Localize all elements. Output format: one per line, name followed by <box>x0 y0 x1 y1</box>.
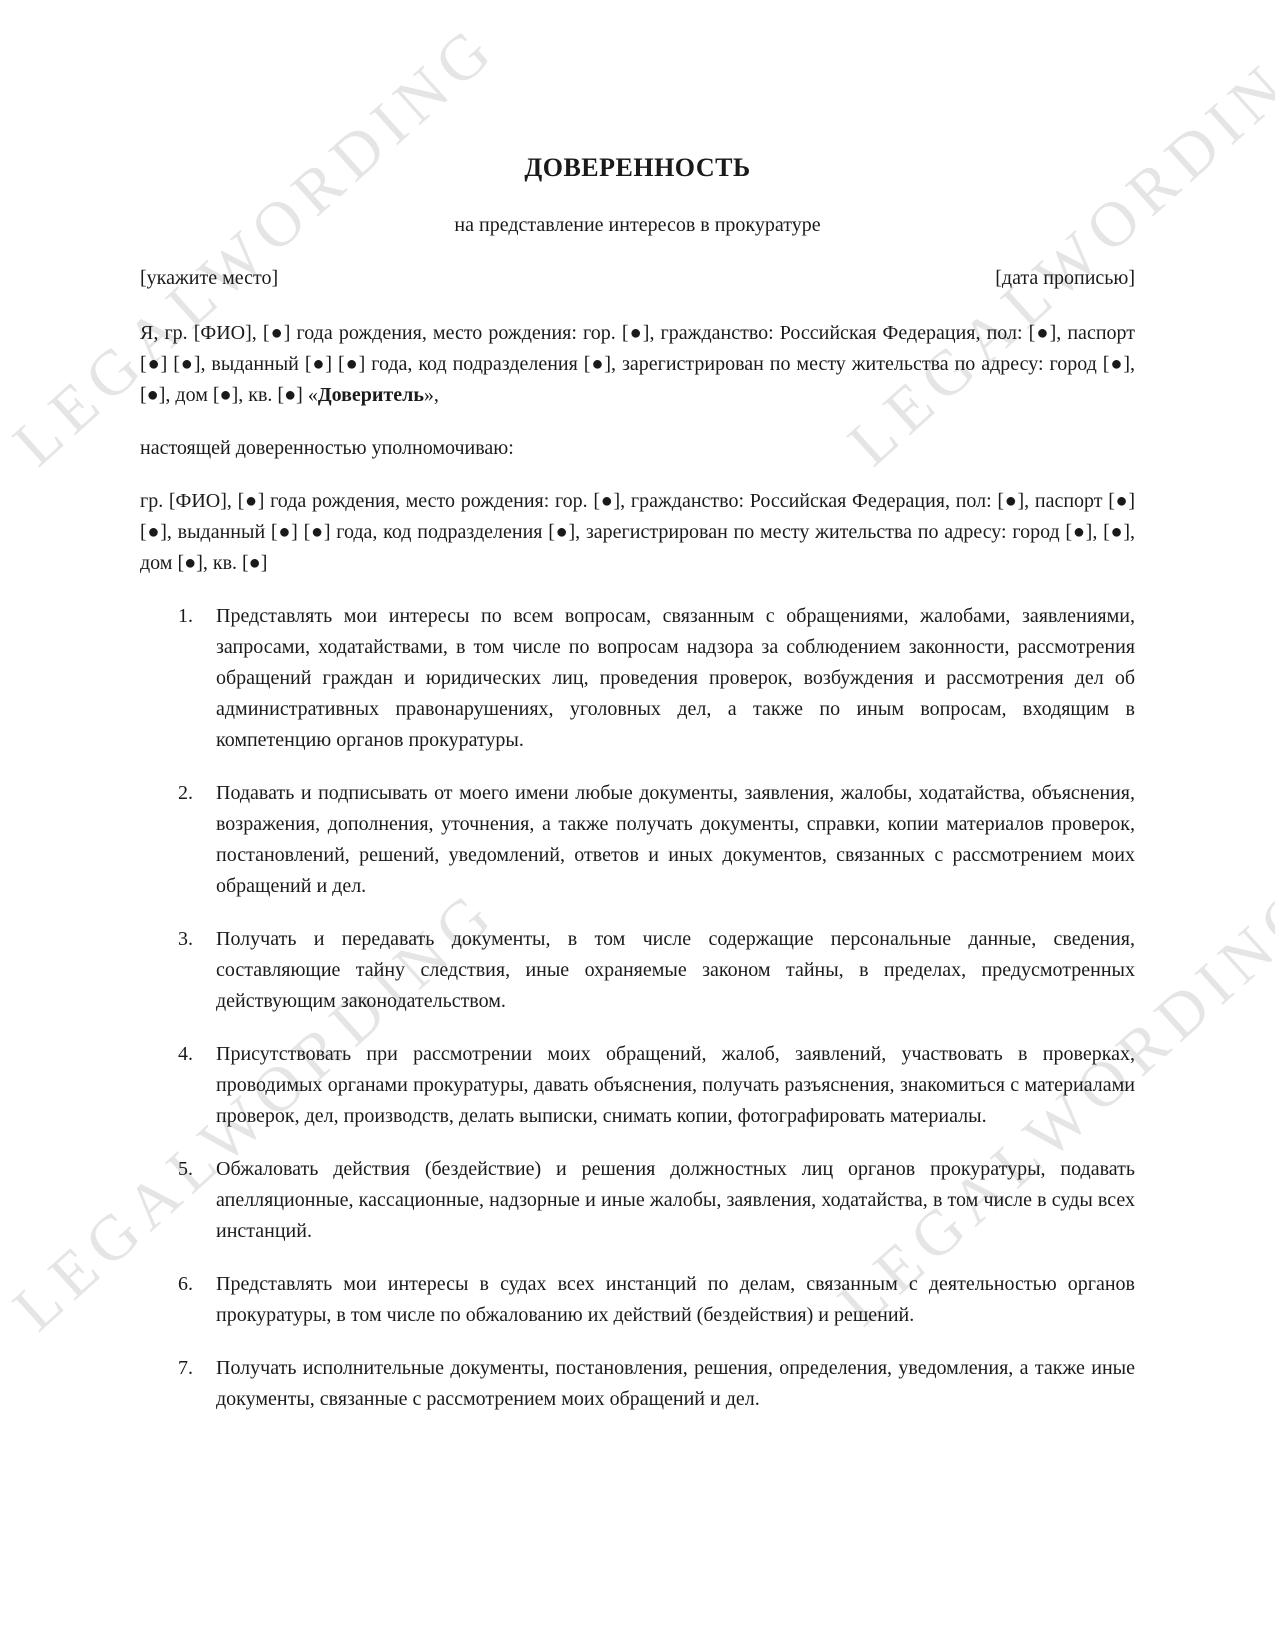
power-item: 7. Получать исполнительные документы, по… <box>140 1353 1135 1415</box>
power-text: Представлять мои интересы по всем вопрос… <box>216 601 1135 756</box>
power-text: Представлять мои интересы в судах всех и… <box>216 1269 1135 1331</box>
power-number: 3. <box>178 924 193 955</box>
principal-text-tail: », <box>424 384 439 406</box>
power-text: Присутствовать при рассмотрении моих обр… <box>216 1039 1135 1132</box>
power-text: Получать исполнительные документы, поста… <box>216 1353 1135 1415</box>
power-text: Подавать и подписывать от моего имени лю… <box>216 778 1135 902</box>
power-number: 6. <box>178 1269 193 1300</box>
principal-text: Я, гр. [ФИО], [●] года рождения, место р… <box>140 322 1135 406</box>
power-number: 1. <box>178 601 193 632</box>
power-item: 4. Присутствовать при рассмотрении моих … <box>140 1039 1135 1132</box>
power-item: 1. Представлять мои интересы по всем воп… <box>140 601 1135 756</box>
document-title: ДОВЕРЕННОСТЬ <box>140 150 1135 186</box>
power-number: 2. <box>178 778 193 809</box>
power-number: 4. <box>178 1039 193 1070</box>
date-placeholder: [дата прописью] <box>995 263 1135 294</box>
power-item: 6. Представлять мои интересы в судах все… <box>140 1269 1135 1331</box>
authorization-clause: настоящей доверенностью уполномочиваю: <box>140 433 1135 464</box>
place-placeholder: [укажите место] <box>140 263 278 294</box>
document-content: ДОВЕРЕННОСТЬ на представление интересов … <box>0 0 1275 1415</box>
place-date-row: [укажите место] [дата прописью] <box>140 263 1135 294</box>
powers-list: 1. Представлять мои интересы по всем воп… <box>140 601 1135 1415</box>
principal-paragraph: Я, гр. [ФИО], [●] года рождения, место р… <box>140 318 1135 411</box>
attorney-paragraph: гр. [ФИО], [●] года рождения, место рожд… <box>140 486 1135 579</box>
power-item: 2. Подавать и подписывать от моего имени… <box>140 778 1135 902</box>
power-item: 5. Обжаловать действия (бездействие) и р… <box>140 1154 1135 1247</box>
power-number: 5. <box>178 1154 193 1185</box>
principal-role-bold: Доверитель <box>318 384 424 406</box>
document-page: LEGALWORDING LEGALWORDING LEGALWORDING L… <box>0 0 1275 1651</box>
document-subtitle: на представление интересов в прокуратуре <box>140 210 1135 241</box>
power-item: 3. Получать и передавать документы, в то… <box>140 924 1135 1017</box>
power-text: Обжаловать действия (бездействие) и реше… <box>216 1154 1135 1247</box>
power-text: Получать и передавать документы, в том ч… <box>216 924 1135 1017</box>
power-number: 7. <box>178 1353 193 1384</box>
